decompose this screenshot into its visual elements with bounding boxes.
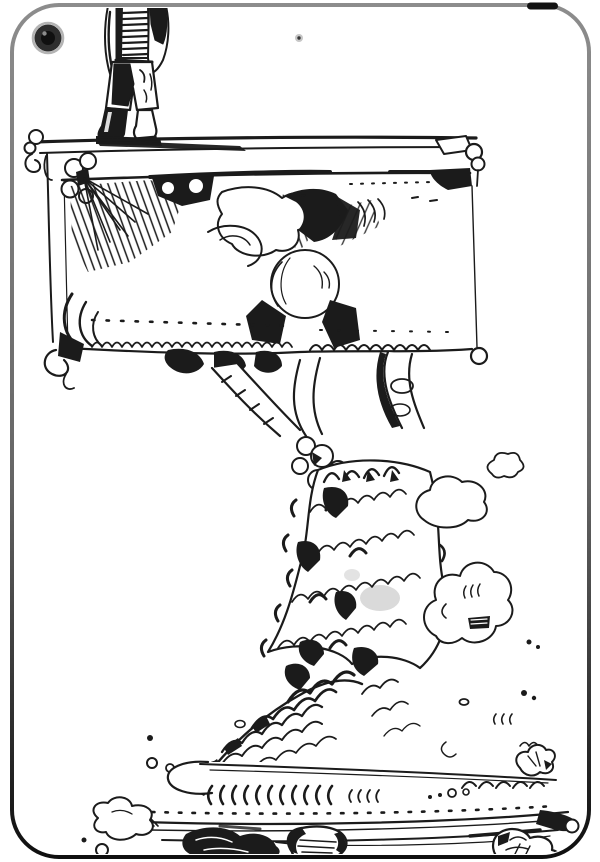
microphone-hole (295, 34, 303, 42)
corner-knob (471, 348, 487, 364)
tablet-skin-product-image (0, 0, 600, 862)
lens-glint (42, 31, 46, 35)
rear-camera (33, 23, 63, 53)
product-render (0, 0, 600, 862)
power-button (527, 3, 558, 10)
